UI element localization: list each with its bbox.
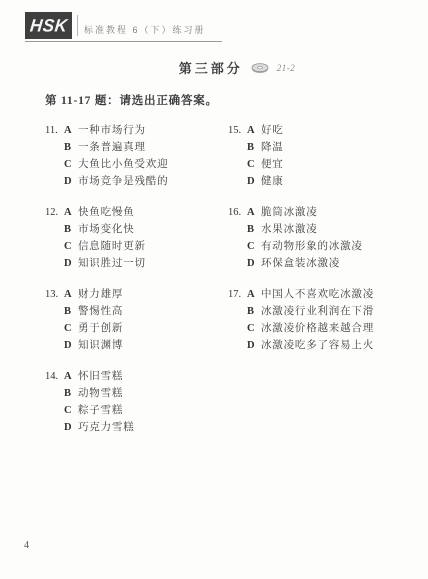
answer-option: B 水果冰激凌 bbox=[247, 221, 363, 238]
answer-option: D 健康 bbox=[247, 173, 284, 190]
option-letter: A bbox=[64, 122, 78, 139]
answer-option: B 警惕性高 bbox=[64, 303, 123, 320]
answer-option: D 知识渊博 bbox=[64, 337, 123, 354]
question-number: 11. bbox=[45, 122, 64, 190]
answer-option: D 巧克力雪糕 bbox=[64, 419, 135, 436]
option-letter: B bbox=[247, 139, 261, 156]
question-block: 11. A 一种市场行为 B 一条普遍真理 C 大鱼比小鱼受欢迎 D 市场竞争是… bbox=[45, 122, 228, 190]
option-letter: A bbox=[247, 204, 261, 221]
answer-option: A 脆筒冰激凌 bbox=[247, 204, 363, 221]
option-text: 中国人不喜欢吃冰激凌 bbox=[261, 286, 374, 303]
question-block: 13. A 财力雄厚 B 警惕性高 C 勇于创新 D 知识渊博 bbox=[45, 286, 228, 354]
option-text: 冰激凌吃多了容易上火 bbox=[261, 337, 374, 354]
header-divider bbox=[25, 41, 222, 42]
answer-option: C 便宜 bbox=[247, 156, 284, 173]
page-number: 4 bbox=[24, 540, 29, 551]
answer-option: A 好吃 bbox=[247, 122, 284, 139]
section-title: 第三部分 bbox=[179, 58, 243, 77]
question-number: 14. bbox=[45, 368, 64, 436]
hsk-logo: HSK bbox=[25, 12, 72, 39]
question-number: 17. bbox=[228, 286, 247, 354]
question-options: A 一种市场行为 B 一条普遍真理 C 大鱼比小鱼受欢迎 D 市场竞争是残酷的 bbox=[64, 122, 168, 190]
answer-option: C 冰激凌价格越来越合理 bbox=[247, 320, 374, 337]
option-text: 市场竞争是残酷的 bbox=[78, 173, 168, 190]
option-letter: C bbox=[247, 156, 261, 173]
option-text: 快鱼吃慢鱼 bbox=[78, 204, 135, 221]
answer-option: C 有动物形象的冰激凌 bbox=[247, 238, 363, 255]
option-text: 水果冰激凌 bbox=[261, 221, 318, 238]
question-block: 17. A 中国人不喜欢吃冰激凌 B 冰激凌行业利润在下滑 C 冰激凌价格越来越… bbox=[228, 286, 414, 354]
instruction-text: 第 11-17 题：请选出正确答案。 bbox=[45, 92, 218, 108]
hsk-logo-text: HSK bbox=[29, 15, 69, 36]
option-text: 环保盒装冰激凌 bbox=[261, 255, 340, 272]
question-number: 13. bbox=[45, 286, 64, 354]
option-text: 信息随时更新 bbox=[78, 238, 146, 255]
option-text: 警惕性高 bbox=[78, 303, 123, 320]
answer-option: A 中国人不喜欢吃冰激凌 bbox=[247, 286, 374, 303]
option-text: 粽子雪糕 bbox=[78, 402, 123, 419]
option-text: 冰激凌行业利润在下滑 bbox=[261, 303, 374, 320]
option-letter: C bbox=[247, 238, 261, 255]
option-text: 市场变化快 bbox=[78, 221, 135, 238]
question-options: A 脆筒冰激凌 B 水果冰激凌 C 有动物形象的冰激凌 D 环保盒装冰激凌 bbox=[247, 204, 363, 272]
option-letter: B bbox=[64, 221, 78, 238]
answer-option: B 市场变化快 bbox=[64, 221, 146, 238]
answer-option: B 降温 bbox=[247, 139, 284, 156]
question-options: A 怀旧雪糕 B 动物雪糕 C 粽子雪糕 D 巧克力雪糕 bbox=[64, 368, 135, 436]
option-letter: C bbox=[64, 320, 78, 337]
header-subtitle: 标准教程 6（下）练习册 bbox=[84, 23, 206, 36]
option-text: 勇于创新 bbox=[78, 320, 123, 337]
question-options: A 财力雄厚 B 警惕性高 C 勇于创新 D 知识渊博 bbox=[64, 286, 123, 354]
answer-option: A 快鱼吃慢鱼 bbox=[64, 204, 146, 221]
question-block: 16. A 脆筒冰激凌 B 水果冰激凌 C 有动物形象的冰激凌 D 环保盒装冰激… bbox=[228, 204, 414, 272]
question-block: 12. A 快鱼吃慢鱼 B 市场变化快 C 信息随时更新 D 知识胜过一切 bbox=[45, 204, 228, 272]
answer-option: B 动物雪糕 bbox=[64, 385, 135, 402]
option-text: 动物雪糕 bbox=[78, 385, 123, 402]
option-letter: D bbox=[64, 337, 78, 354]
audio-disc-icon bbox=[251, 62, 269, 74]
answer-option: A 怀旧雪糕 bbox=[64, 368, 135, 385]
header-divider-vertical bbox=[77, 15, 78, 36]
option-letter: D bbox=[64, 419, 78, 436]
option-letter: B bbox=[247, 221, 261, 238]
option-text: 一条普遍真理 bbox=[78, 139, 146, 156]
option-letter: C bbox=[64, 156, 78, 173]
option-letter: A bbox=[247, 122, 261, 139]
option-text: 巧克力雪糕 bbox=[78, 419, 135, 436]
option-letter: B bbox=[64, 385, 78, 402]
question-number: 15. bbox=[228, 122, 247, 190]
answer-option: B 冰激凌行业利润在下滑 bbox=[247, 303, 374, 320]
option-letter: C bbox=[247, 320, 261, 337]
option-letter: D bbox=[247, 173, 261, 190]
question-block: 14. A 怀旧雪糕 B 动物雪糕 C 粽子雪糕 D 巧克力雪糕 bbox=[45, 368, 228, 436]
answer-option: C 勇于创新 bbox=[64, 320, 123, 337]
option-letter: D bbox=[64, 173, 78, 190]
question-block: 15. A 好吃 B 降温 C 便宜 D 健康 bbox=[228, 122, 414, 190]
option-text: 有动物形象的冰激凌 bbox=[261, 238, 363, 255]
option-text: 一种市场行为 bbox=[78, 122, 146, 139]
question-options: A 中国人不喜欢吃冰激凌 B 冰激凌行业利润在下滑 C 冰激凌价格越来越合理 D… bbox=[247, 286, 374, 354]
option-text: 降温 bbox=[261, 139, 284, 156]
option-text: 知识胜过一切 bbox=[78, 255, 146, 272]
workbook-page: HSK 标准教程 6（下）练习册 第三部分 21-2 第 11-17 题：请选出… bbox=[0, 0, 428, 579]
option-letter: C bbox=[64, 402, 78, 419]
answer-option: D 知识胜过一切 bbox=[64, 255, 146, 272]
option-letter: B bbox=[247, 303, 261, 320]
section-heading: 第三部分 21-2 bbox=[0, 58, 428, 77]
option-letter: D bbox=[64, 255, 78, 272]
option-letter: A bbox=[64, 368, 78, 385]
questions-column-left: 11. A 一种市场行为 B 一条普遍真理 C 大鱼比小鱼受欢迎 D 市场竞争是… bbox=[45, 122, 228, 450]
option-text: 冰激凌价格越来越合理 bbox=[261, 320, 374, 337]
answer-option: C 大鱼比小鱼受欢迎 bbox=[64, 156, 168, 173]
option-letter: A bbox=[64, 204, 78, 221]
option-letter: B bbox=[64, 303, 78, 320]
answer-option: C 信息随时更新 bbox=[64, 238, 146, 255]
option-letter: D bbox=[247, 255, 261, 272]
option-letter: D bbox=[247, 337, 261, 354]
answer-option: A 财力雄厚 bbox=[64, 286, 123, 303]
answer-option: D 冰激凌吃多了容易上火 bbox=[247, 337, 374, 354]
option-text: 脆筒冰激凌 bbox=[261, 204, 318, 221]
option-letter: A bbox=[247, 286, 261, 303]
question-options: A 好吃 B 降温 C 便宜 D 健康 bbox=[247, 122, 284, 190]
option-text: 知识渊博 bbox=[78, 337, 123, 354]
option-text: 好吃 bbox=[261, 122, 284, 139]
answer-option: D 市场竞争是残酷的 bbox=[64, 173, 168, 190]
question-options: A 快鱼吃慢鱼 B 市场变化快 C 信息随时更新 D 知识胜过一切 bbox=[64, 204, 146, 272]
questions-column-right: 15. A 好吃 B 降温 C 便宜 D 健康 16. A 脆筒冰激凌 B 水果… bbox=[228, 122, 414, 450]
question-number: 12. bbox=[45, 204, 64, 272]
option-text: 健康 bbox=[261, 173, 284, 190]
option-text: 大鱼比小鱼受欢迎 bbox=[78, 156, 168, 173]
answer-option: A 一种市场行为 bbox=[64, 122, 168, 139]
question-number: 16. bbox=[228, 204, 247, 272]
answer-option: B 一条普遍真理 bbox=[64, 139, 168, 156]
answer-option: D 环保盒装冰激凌 bbox=[247, 255, 363, 272]
option-letter: A bbox=[64, 286, 78, 303]
option-text: 怀旧雪糕 bbox=[78, 368, 123, 385]
option-text: 财力雄厚 bbox=[78, 286, 123, 303]
audio-track-ref: 21-2 bbox=[277, 63, 296, 73]
questions-area: 11. A 一种市场行为 B 一条普遍真理 C 大鱼比小鱼受欢迎 D 市场竞争是… bbox=[45, 122, 414, 450]
option-text: 便宜 bbox=[261, 156, 284, 173]
option-letter: C bbox=[64, 238, 78, 255]
answer-option: C 粽子雪糕 bbox=[64, 402, 135, 419]
option-letter: B bbox=[64, 139, 78, 156]
